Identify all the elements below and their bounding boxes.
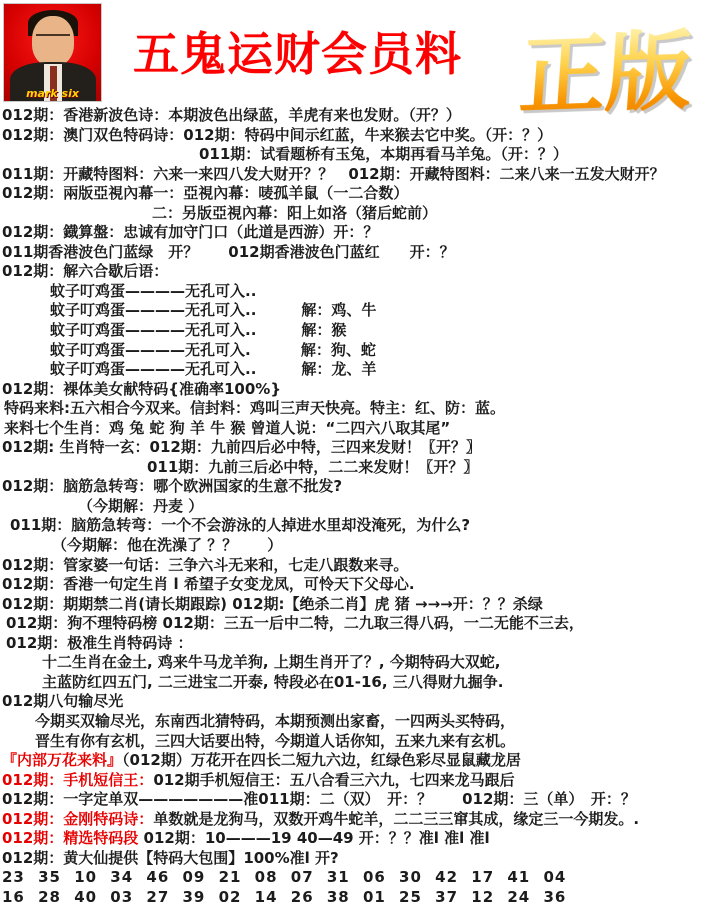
text-line: 012期：狗不理特码榜 012期：三五一后中二特，二九取三得八码，一二无能不三去… [0,614,723,634]
text-line: 012期：裸体美女献特码{准确率100%} [0,380,723,400]
text-line: 012期：极准生肖特码诗 ： [0,634,723,654]
text-segment: 012期手机短信王：五八合看三六九，七四来龙马跟后 [153,771,514,789]
text-line: 来料七个生肖：鸡 兔 蛇 狗 羊 牛 猴 曾道人说：“二四六八取其尾” [0,419,723,439]
text-segment: 011期香港波色门蓝绿 开？ 012期香港波色门蓝红 开：？ [2,243,455,261]
text-line: （今期解：他在洗澡了 ？？ ） [0,536,723,556]
text-segment: 012期：狗不理特码榜 012期：三五一后中二特，二九取三得八码，一二无能不三去… [6,614,584,632]
text-line: 012期：金刚特码诗：单数就是龙狗马，双数开鸡牛蛇羊，二二三三窜其成，缘定三一今… [0,810,723,830]
text-line: 012期：兩版亞視內幕一：亞視內幕：唛孤羊鼠（一二合数） [0,184,723,204]
text-segment: （今期解：丹麦 ） [78,497,203,515]
text-segment: 蚊子叮鸡蛋————无孔可入.. [50,282,256,300]
text-segment: 晋生有你有玄机，三四大话要出特，今期道人话你知，五来九来有玄机。 [35,732,515,750]
text-segment: 012期：手机短信王： [2,771,153,789]
text-segment: （今期解：他在洗澡了 ？？ ） [52,536,282,554]
text-segment: 012期：10———19 40—49 开：？？准l 准l 准l [144,829,490,847]
text-segment: 012期：裸体美女献特码{准确率100%} [2,380,281,398]
text-segment: 012期：期期禁二肖(请长期跟踪) 012期:【绝杀二肖】虎 猪 →→→开：？？… [2,595,543,613]
text-segment: 16 28 40 03 27 39 02 14 26 38 01 25 37 1… [2,888,566,906]
text-line: 012期：澳门双色特码诗：012期：特码中间示红蓝，牛来猴去它中奖。（开：？） [0,126,723,146]
text-line: 012期：香港一句定生肖 l 希望子女变龙凤，可怜天下父母心. [0,575,723,595]
text-line: 蚊子叮鸡蛋————无孔可入. 解：狗、蛇 [0,341,723,361]
content-lines: 012期：香港新波色诗：本期波色出绿蓝，羊虎有来也发财。（开？）012期：澳门双… [0,106,723,907]
text-line: 今期买双输尽光，东南西北猜特码，本期预测出家畜，一四两头买特码， [0,712,723,732]
text-segment: 蚊子叮鸡蛋————无孔可入.. 解：龙、羊 [50,360,376,378]
text-segment: 012期：香港新波色诗：本期波色出绿蓝，羊虎有来也发财。（开？） [2,106,461,124]
text-segment: 蚊子叮鸡蛋————无孔可入.. 解：鸡、牛 [50,301,376,319]
text-line: 蚊子叮鸡蛋————无孔可入.. [0,282,723,302]
text-line: 011期：九前三后必中特，二二来发财！〖开？〗 [0,458,723,478]
text-segment: 012期：香港一句定生肖 l 希望子女变龙凤，可怜天下父母心. [2,575,415,593]
text-segment: 011期：脑筋急转弯：一个不会游泳的人掉进水里却没淹死，为什么? [10,516,470,534]
text-segment: 单数就是龙狗马，双数开鸡牛蛇羊，二二三三窜其成，缘定三一今期发。. [153,810,639,828]
text-segment: （012期）万花开在四长二短九六边，红绿色彩尽显鼠藏龙居 [122,751,521,769]
text-segment: 今期买双输尽光，东南西北猜特码，本期预测出家畜，一四两头买特码， [35,712,515,730]
text-segment: 012期：黄大仙提供【特码大包围】100%准l 开? [2,849,339,867]
portrait-caption: mark six [4,87,101,100]
text-line: 012期：脑筋急转弯：哪个欧洲国家的生意不批发? [0,477,723,497]
text-segment: 特码来料:五六相合今双来。信封料：鸡叫三声天快亮。特主：红、防：蓝。 [4,399,505,417]
page: { "header": { "title": "五鬼运财会员料", "badge… [0,0,723,910]
text-segment: 012期：管家婆一句话：三争六斗无来和，七走八跟数来寻。 [2,556,408,574]
text-segment: 二：另版亞視內幕：阳上如洛（猪后蛇前） [152,204,437,222]
text-segment: 012期：解六合歇后语： [2,262,168,280]
text-line: （今期解：丹麦 ） [0,497,723,517]
text-segment: 011期：九前三后必中特，二二来发财！〖开？〗 [147,458,478,476]
text-line: 012期：管家婆一句话：三争六斗无来和，七走八跟数来寻。 [0,556,723,576]
text-segment: 蚊子叮鸡蛋————无孔可入.. 解：猴 [50,321,346,339]
text-line: 012期：精选特码段 012期：10———19 40—49 开：？？准l 准l … [0,829,723,849]
text-line: 16 28 40 03 27 39 02 14 26 38 01 25 37 1… [0,888,723,908]
text-line: 012期：黄大仙提供【特码大包围】100%准l 开? [0,849,723,869]
text-segment: 012期八句输尽光 [2,692,123,710]
portrait-photo: mark six [3,3,102,102]
text-segment: 012期：兩版亞視內幕一：亞視內幕：唛孤羊鼠（一二合数） [2,184,408,202]
text-segment: 012期：澳门双色特码诗：012期：特码中间示红蓝，牛来猴去它中奖。（开：？） [2,126,552,144]
text-line: 011期：开藏特图料：六来一来四八发大财开？？ 012期：开藏特图料：二来八来一… [0,165,723,185]
text-line: 011期香港波色门蓝绿 开？ 012期香港波色门蓝红 开：？ [0,243,723,263]
text-line: 012期：鐡算盤：忠诚有加守门口（此道是西游）开：？ [0,223,723,243]
text-segment: 十二生肖在金土, 鸡来牛马龙羊狗, 上期生肖开了？, 今期特码大双蛇, [42,653,500,671]
text-line: 012期八句输尽光 [0,692,723,712]
text-line: 012期: 生肖特一玄：012期：九前四后必中特，三四来发财！〖开？〗 [0,438,723,458]
portrait-glasses [36,34,70,44]
text-line: 蚊子叮鸡蛋————无孔可入.. 解：龙、羊 [0,360,723,380]
text-segment: 012期：鐡算盤：忠诚有加守门口（此道是西游）开：？ [2,223,378,241]
text-line: 23 35 10 34 46 09 21 08 07 31 06 30 42 1… [0,868,723,888]
text-segment: 012期：极准生肖特码诗 ： [6,634,193,652]
text-segment: 011期：开藏特图料：六来一来四八发大财开？？ 012期：开藏特图料：二来八来一… [2,165,665,183]
text-line: 012期：一字定单双———————准011期：二（双） 开：？ 012期：三（单… [0,790,723,810]
text-segment: 『内部万花来料』 [2,751,122,769]
text-segment: 012期：脑筋急转弯：哪个欧洲国家的生意不批发? [2,477,342,495]
text-line: 晋生有你有玄机，三四大话要出特，今期道人话你知，五来九来有玄机。 [0,732,723,752]
text-line: 012期：解六合歇后语： [0,262,723,282]
page-title: 五鬼运财会员料 [133,28,533,80]
text-segment: 蚊子叮鸡蛋————无孔可入. 解：狗、蛇 [50,341,376,359]
text-segment: 012期：金刚特码诗： [2,810,153,828]
text-segment: 主蓝防红四五门, 二三进宝二开泰, 特段必在01-16, 三八得财九掘争. [42,673,503,691]
text-line: 十二生肖在金土, 鸡来牛马龙羊狗, 上期生肖开了？, 今期特码大双蛇, [0,653,723,673]
text-segment: 011期：试看题桥有玉兔，本期再看马羊兔。（开：？） [199,145,568,163]
text-line: 012期：手机短信王：012期手机短信王：五八合看三六九，七四来龙马跟后 [0,771,723,791]
text-line: 主蓝防红四五门, 二三进宝二开泰, 特段必在01-16, 三八得财九掘争. [0,673,723,693]
text-line: 蚊子叮鸡蛋————无孔可入.. 解：鸡、牛 [0,301,723,321]
text-segment: 012期：一字定单双———————准011期：二（双） 开：？ 012期：三（单… [2,790,636,808]
text-line: 蚊子叮鸡蛋————无孔可入.. 解：猴 [0,321,723,341]
text-segment: 012期：精选特码段 [2,829,144,847]
text-line: 『内部万花来料』（012期）万花开在四长二短九六边，红绿色彩尽显鼠藏龙居 [0,751,723,771]
text-segment: 012期: 生肖特一玄：012期：九前四后必中特，三四来发财！〖开？〗 [2,438,481,456]
text-line: 特码来料:五六相合今双来。信封料：鸡叫三声天快亮。特主：红、防：蓝。 [0,399,723,419]
text-segment: 23 35 10 34 46 09 21 08 07 31 06 30 42 1… [2,868,566,886]
text-segment: 来料七个生肖：鸡 兔 蛇 狗 羊 牛 猴 曾道人说：“二四六八取其尾” [4,419,450,437]
text-line: 012期：期期禁二肖(请长期跟踪) 012期:【绝杀二肖】虎 猪 →→→开：？？… [0,595,723,615]
text-line: 012期：香港新波色诗：本期波色出绿蓝，羊虎有来也发财。（开？） [0,106,723,126]
text-line: 二：另版亞視內幕：阳上如洛（猪后蛇前） [0,204,723,224]
text-line: 011期：脑筋急转弯：一个不会游泳的人掉进水里却没淹死，为什么? [0,516,723,536]
text-line: 011期：试看题桥有玉兔，本期再看马羊兔。（开：？） [0,145,723,165]
